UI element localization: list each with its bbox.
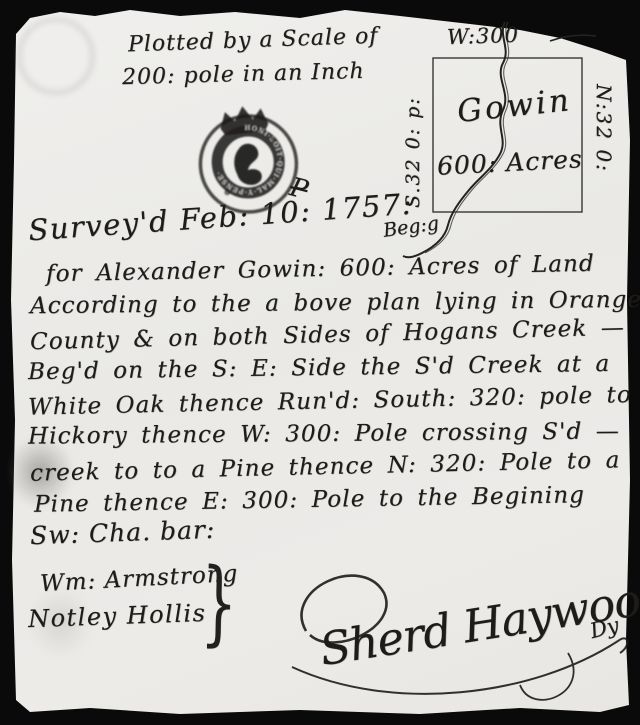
- survey-text-line: Hickory thence W: 300: Pole crossing S'd…: [28, 418, 620, 449]
- chain-bearer-brace: }: [200, 548, 239, 657]
- plat-top-label: W:300: [447, 23, 520, 49]
- top-dash-stroke: [550, 35, 596, 41]
- plat-square: [433, 58, 582, 212]
- paper-watermark: [16, 16, 96, 96]
- plat-right-label: N:32 0:: [592, 84, 616, 173]
- scanned-survey-document: Plotted by a Scale of 200: pole in an In…: [0, 0, 640, 725]
- seal-cipher-blob: [232, 143, 262, 187]
